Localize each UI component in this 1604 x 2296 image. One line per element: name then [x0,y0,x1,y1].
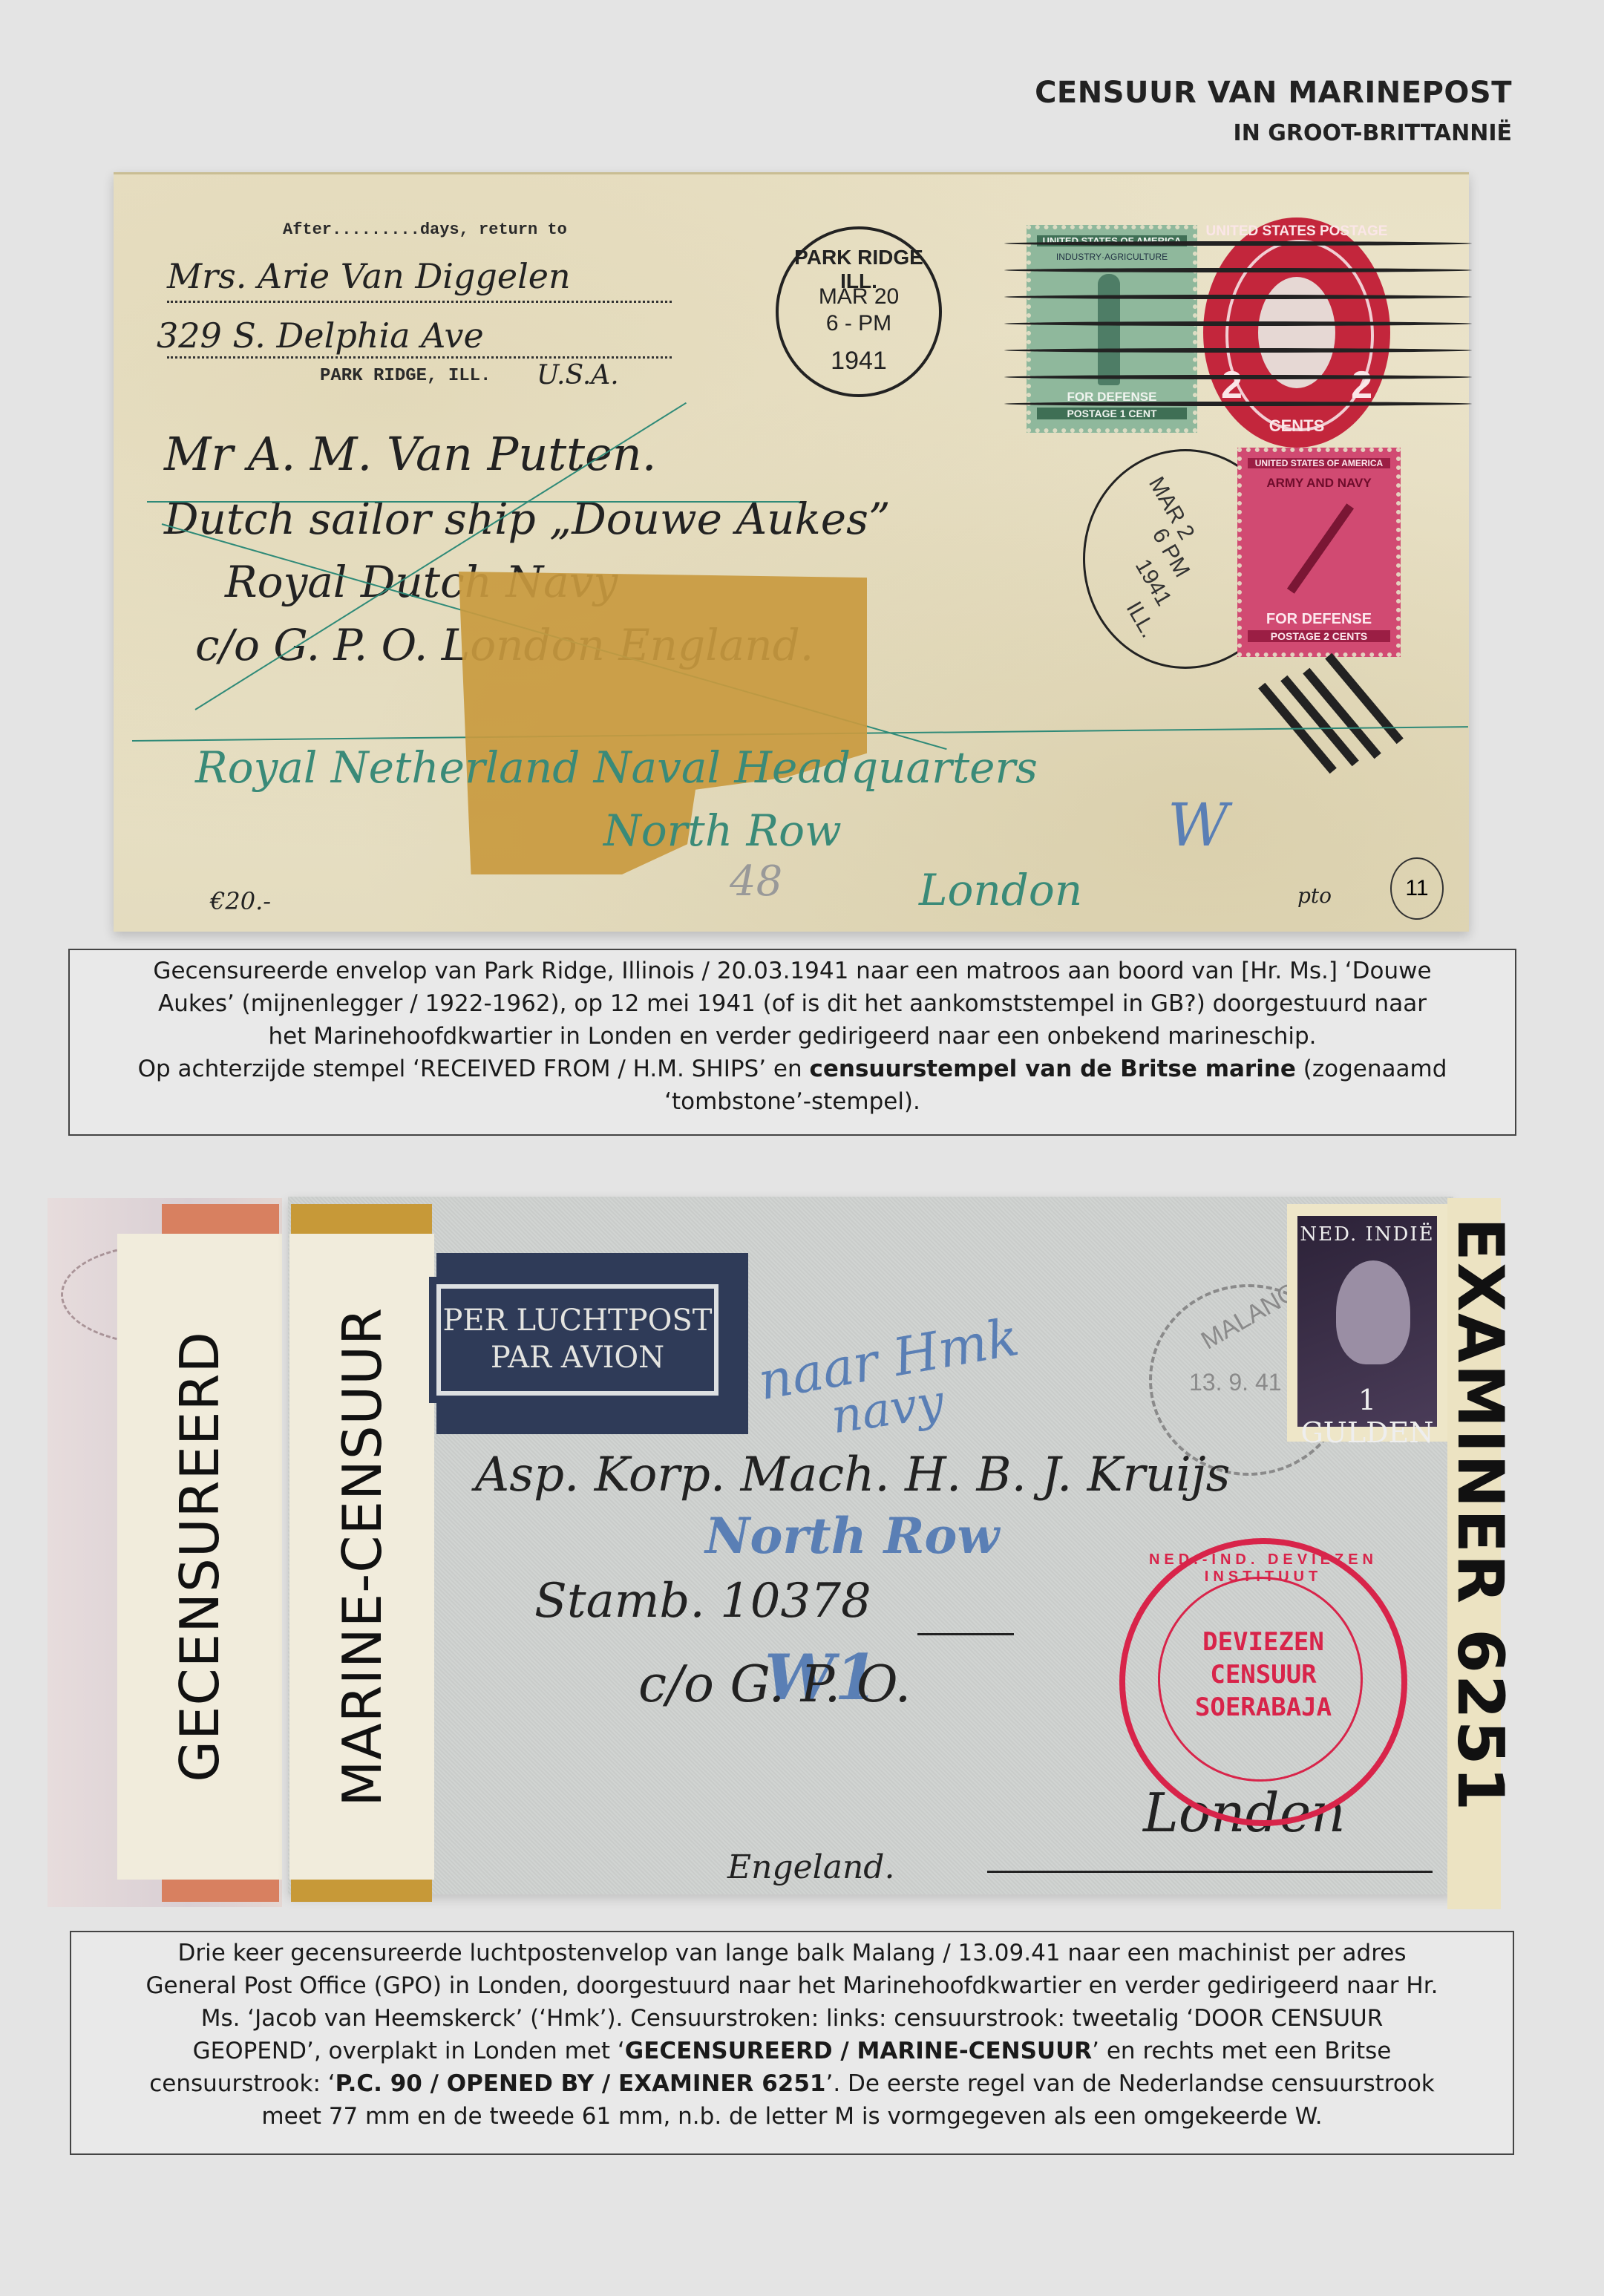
stamp-ned-indie-1-gulden: NED. INDIË 1 GULDEN [1287,1204,1447,1442]
british-censor-strip: EXAMINER 6251 [1447,1198,1501,1909]
airmail-label: PER LUCHTPOST PAR AVION [436,1253,748,1434]
statue-of-liberty-icon [1098,274,1120,385]
return-city: PARK RIDGE, ILL. [320,366,491,386]
underline [917,1633,1014,1635]
return-country: U.S.A. [537,360,619,390]
page-subtitle: IN GROOT-BRITTANNIË [1234,120,1512,146]
pencil-ref: pto [1297,883,1332,908]
bar-cancel [1227,664,1390,813]
dotted-rule [167,301,672,303]
blue-crayon-mark: W [1168,791,1228,860]
postmark-park-ridge: PARK RIDGE ILL. MAR 20 6 - PM 1941 [776,226,942,397]
queen-wilhelmina-portrait-icon [1336,1260,1410,1364]
blue-note-north-row: North Row [705,1507,999,1565]
return-name: Mrs. Arie Van Diggelen [167,256,571,296]
redirect-line-city: London [919,865,1082,915]
anti-aircraft-gun-icon [1287,503,1354,594]
return-to-printed: After.........days, return to [283,220,567,239]
pencil-number: 48 [730,857,782,906]
strike-line [147,501,800,503]
embossed-indicium-2-cents: UNITED STATES POSTAGE 2 2 CENTS [1203,218,1390,448]
underline [987,1871,1433,1873]
addressee-name: Mr A. M. Van Putten. [164,427,656,481]
caption-cover-2: Drie keer gecensureerde luchtpostenvelop… [70,1931,1514,2155]
addressee-line-3: c/o G. P. O. [638,1655,911,1714]
dotted-rule [167,356,672,359]
label-gecensureerd: GECENSUREERD [117,1234,282,1880]
cover-park-ridge: After.........days, return to Mrs. Arie … [114,172,1469,932]
addressee-line-1: Asp. Korp. Mach. H. B. J. Kruijs [475,1448,1230,1502]
label-marine-censuur: MARINE-CENSUUR [289,1234,434,1880]
addressee-line-2: Stamb. 10378 [534,1574,871,1629]
washington-profile-icon [1258,277,1335,388]
redirect-line-street: North Row [603,805,842,856]
censor-stamp-soerabaja: NED.-IND. DEVIEZEN INSTITUUT DEVIEZEN CE… [1119,1538,1407,1826]
redirect-line-hq: Royal Netherland Naval Headquarters [195,742,1038,793]
page-title: CENSUUR VAN MARINEPOST [1035,76,1512,110]
pencil-price: €20.- [210,887,271,915]
stamp-2-cents-army-navy: UNITED STATES OF AMERICA ARMY AND NAVY F… [1237,448,1401,657]
circled-number: 11 [1390,857,1444,920]
return-street: 329 S. Delphia Ave [157,315,484,356]
caption-cover-1: Gecensureerde envelop van Park Ridge, Il… [68,949,1516,1136]
country-note: Engeland. [727,1848,894,1886]
